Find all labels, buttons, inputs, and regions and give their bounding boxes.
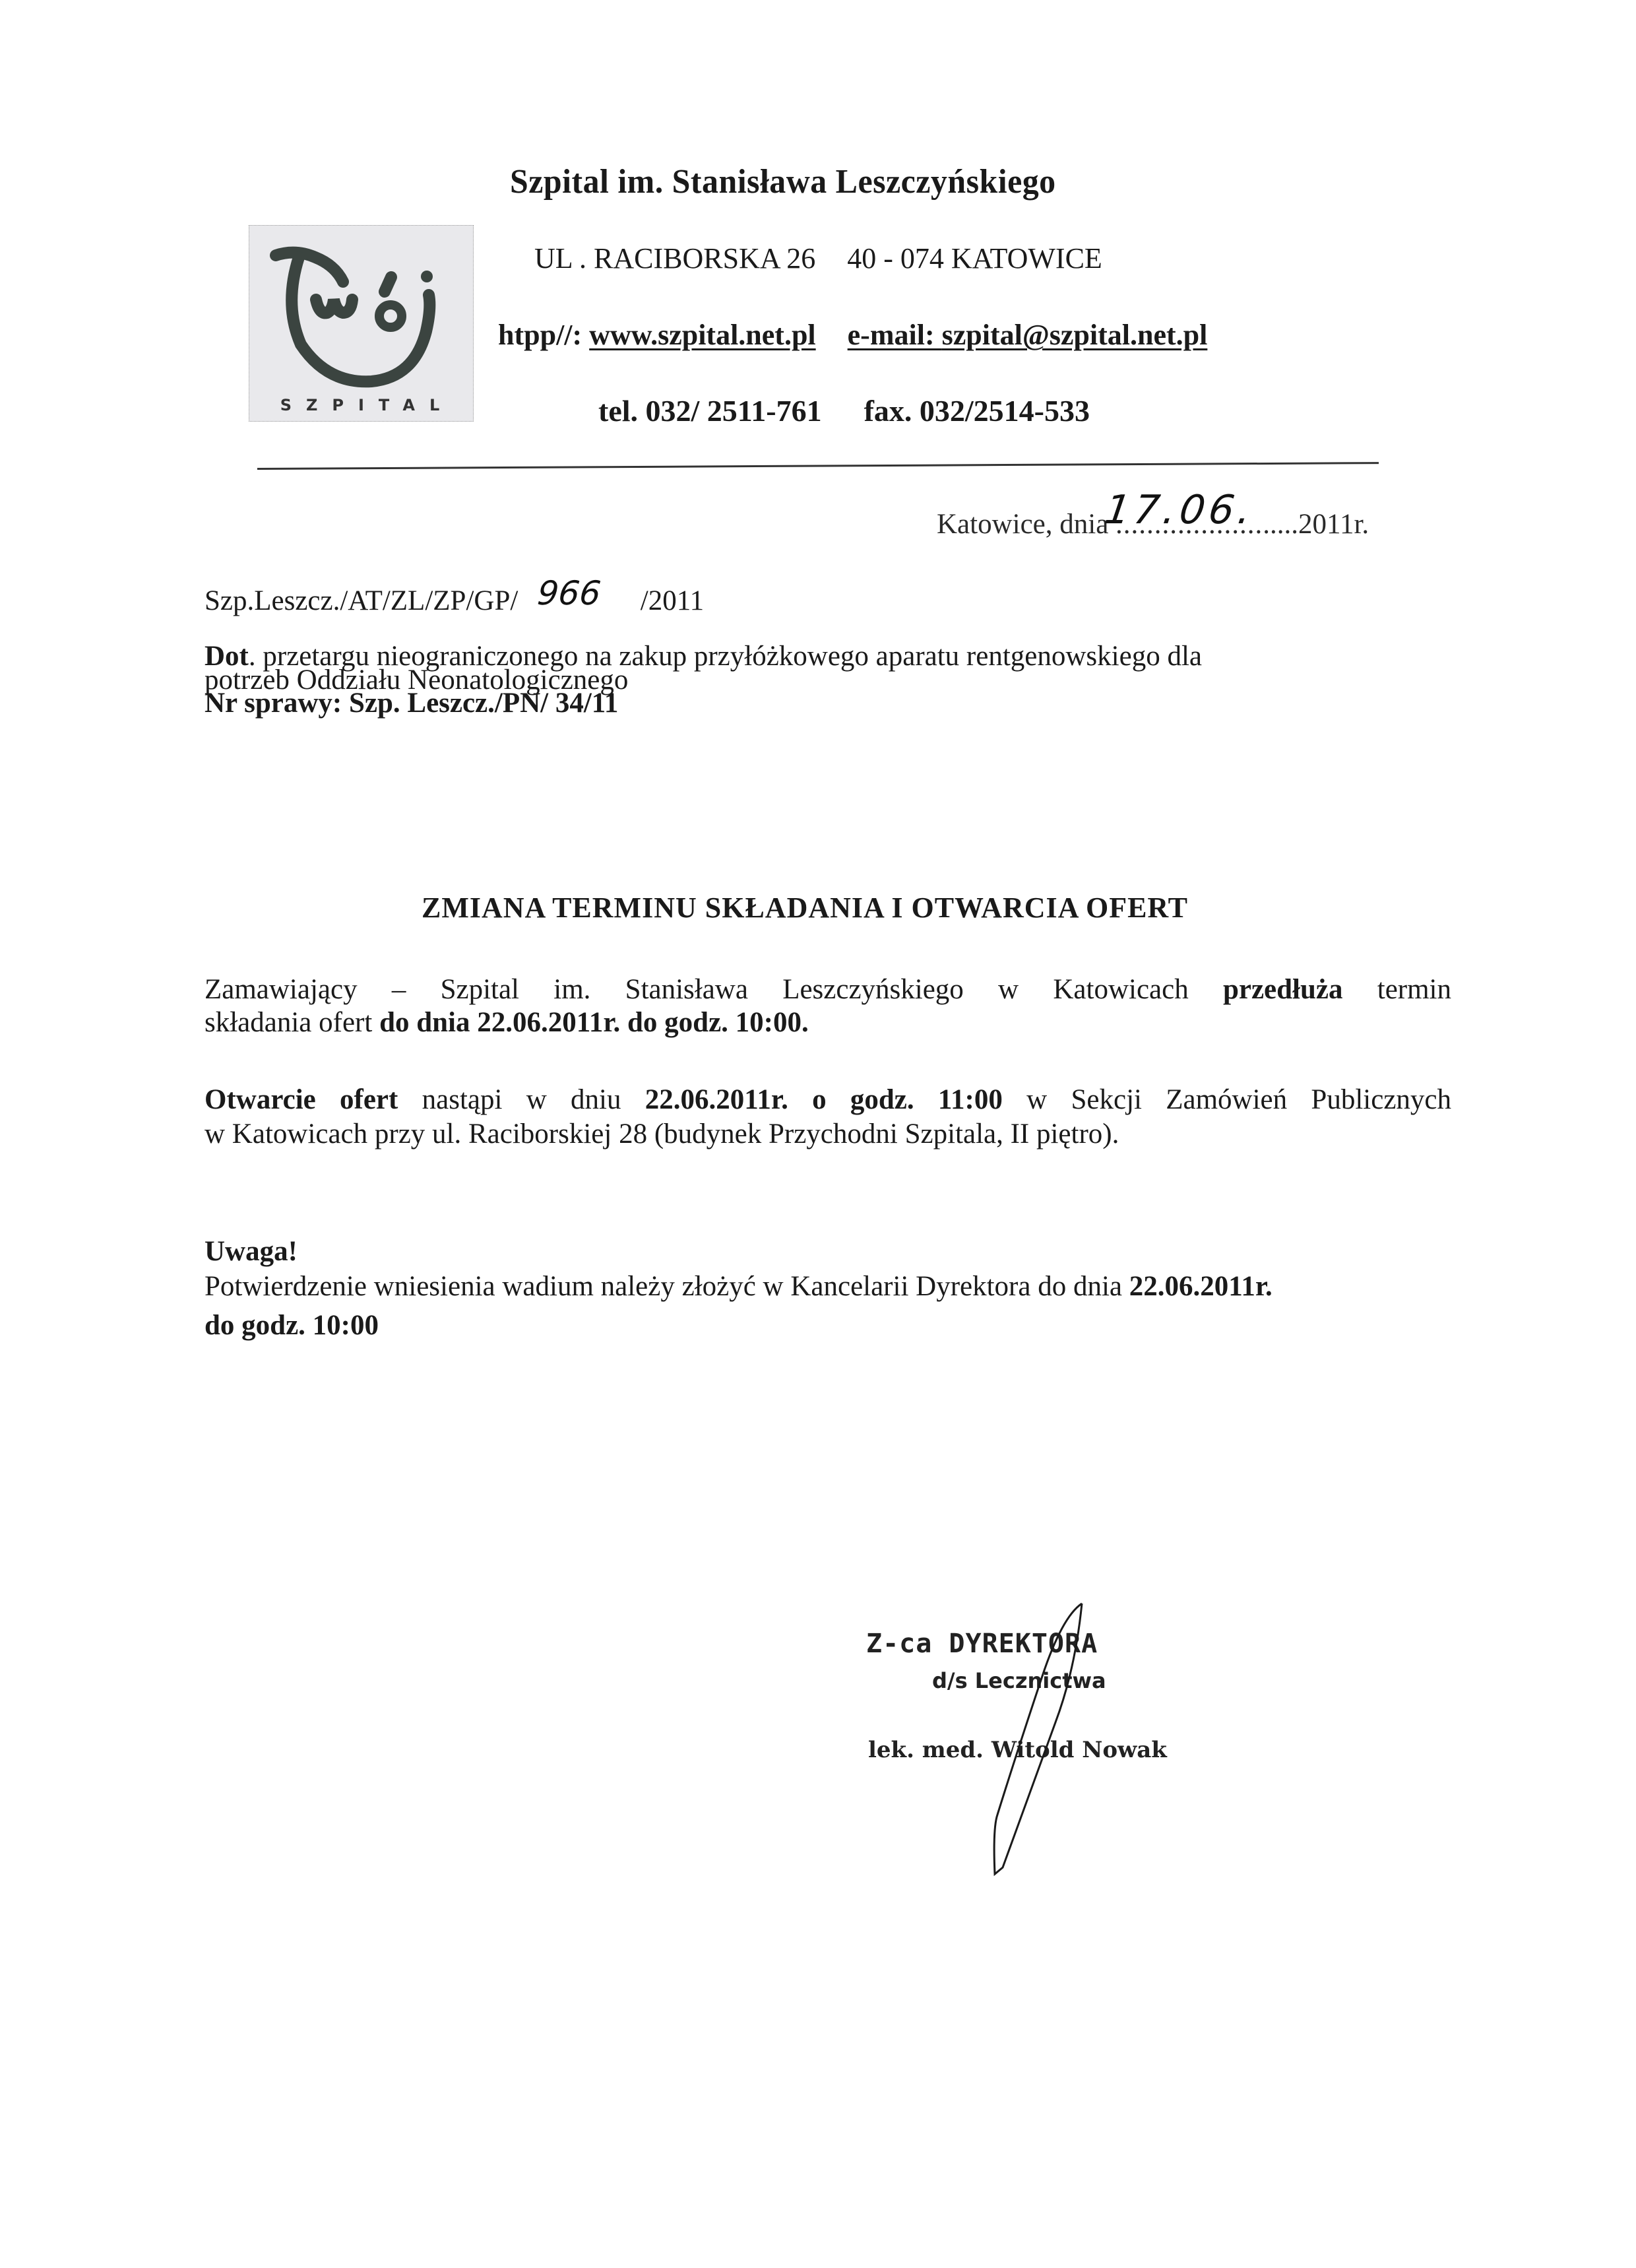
handwritten-number: 966 <box>536 577 603 610</box>
notice-date: 22.06.2011r. <box>1129 1271 1273 1302</box>
reference-prefix: Szp.Leszcz./AT/ZL/ZP/GP/ <box>204 585 518 616</box>
p2-opening-date: 22.06.2011r. o godz. 11:00 <box>645 1084 1003 1115</box>
logo-text: SZPITAL <box>249 396 473 414</box>
p2-bold-opening: Otwarcie ofert <box>204 1084 398 1115</box>
web-email-line: htpp//: www.szpital.net.ple-mail: szpita… <box>498 318 1207 352</box>
paragraph-1-line-1: Zamawiający – Szpital im. Stanisława Les… <box>204 973 1451 1006</box>
notice-line-1: Potwierdzenie wniesienia wadium należy z… <box>204 1270 1273 1303</box>
date-suffix: .....2011r. <box>1263 509 1369 540</box>
p2-text: nastąpi w dniu <box>398 1084 645 1115</box>
handwritten-date: 17.06. <box>1102 490 1257 530</box>
date-line: Katowice, dnia ........................2… <box>937 510 1369 538</box>
email-label: e-mail: <box>848 319 942 351</box>
website-link[interactable]: www.szpital.net.pl <box>589 319 815 351</box>
email-link[interactable]: e-mail: szpital@szpital.net.pl <box>848 319 1208 351</box>
reference-number: Szp.Leszcz./AT/ZL/ZP/GP/966/2011 <box>204 582 704 615</box>
paragraph-1-line-2: składania ofert do dnia 22.06.2011r. do … <box>204 1006 809 1039</box>
notice-text: Potwierdzenie wniesienia wadium należy z… <box>204 1271 1129 1302</box>
twoj-smile-logo-icon <box>249 226 474 422</box>
header-divider <box>257 462 1379 470</box>
street: UL . RACIBORSKA 26 <box>534 242 815 275</box>
p1-line2-text: składania ofert <box>204 1007 379 1038</box>
notice-heading: Uwaga! <box>204 1235 298 1268</box>
document-title: ZMIANA TERMINU SKŁADANIA I OTWARCIA OFER… <box>0 891 1636 924</box>
address-line: UL . RACIBORSKA 2640 - 074 KATOWICE <box>534 242 1102 275</box>
reference-suffix: /2011 <box>641 585 704 616</box>
p1-bold-extends: przedłuża <box>1223 974 1343 1005</box>
paragraph-2-line-1: Otwarcie ofert nastąpi w dniu 22.06.2011… <box>204 1084 1451 1116</box>
case-number: Nr sprawy: Szp. Leszcz./PN/ 34/11 <box>204 687 618 719</box>
handwritten-signature-icon <box>957 1597 1102 1887</box>
date-prefix: Katowice, dnia <box>937 509 1116 540</box>
paragraph-2-line-2: w Katowicach przy ul. Raciborskiej 28 (b… <box>204 1118 1119 1150</box>
notice-line-2: do godz. 10:00 <box>204 1309 379 1342</box>
p2-text-end: w Sekcji Zamówień Publicznych <box>1003 1084 1451 1115</box>
p1-text-end: termin <box>1377 974 1451 1005</box>
hospital-logo: SZPITAL <box>249 225 474 422</box>
postal-city: 40 - 074 KATOWICE <box>847 242 1102 275</box>
p1-deadline: do dnia 22.06.2011r. do godz. 10:00. <box>379 1007 809 1038</box>
fax: fax. 032/2514-533 <box>864 394 1090 428</box>
phone-line: tel. 032/ 2511-761fax. 032/2514-533 <box>598 393 1090 428</box>
web-label: htpp//: <box>498 319 589 351</box>
email-address: szpital@szpital.net.pl <box>942 319 1208 351</box>
telephone: tel. 032/ 2511-761 <box>598 394 822 428</box>
institution-name: Szpital im. Stanisława Leszczyńskiego <box>510 162 1056 201</box>
p1-text: Zamawiający – Szpital im. Stanisława Les… <box>204 974 1189 1005</box>
